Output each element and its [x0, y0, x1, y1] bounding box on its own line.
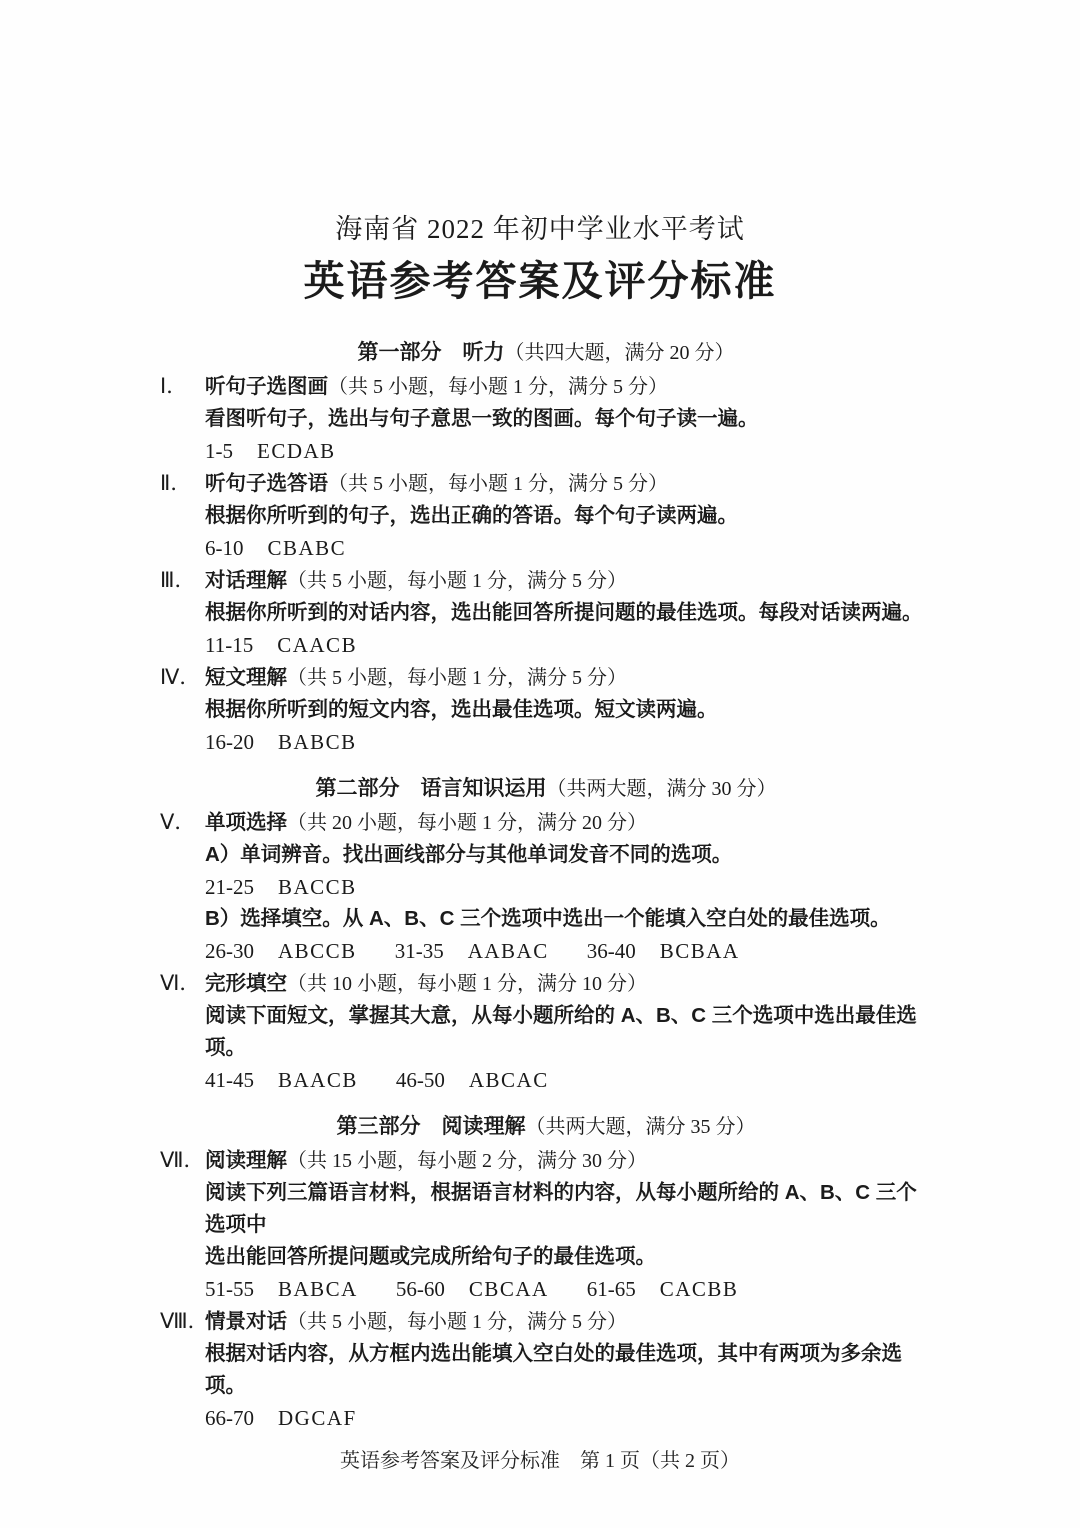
answer-group: 21-25BACCB — [205, 871, 357, 903]
answer-letters: ECDAB — [257, 435, 336, 467]
answer-letters: CACBB — [660, 1273, 739, 1305]
document-body: 第一部分 听力（共四大题，满分 20 分） Ⅰ．听句子选图画（共 5 小题，每小… — [160, 336, 932, 1434]
section-7-instruction-line2: 选出能回答所提问题或完成所给句子的最佳选项。 — [205, 1241, 932, 1273]
answer-letters: BABCB — [278, 726, 357, 758]
part1-header: 第一部分 听力（共四大题，满分 20 分） — [160, 336, 932, 370]
answer-range: 66-70 — [205, 1402, 254, 1434]
part2-header: 第二部分 语言知识运用（共两大题，满分 30 分） — [160, 772, 932, 806]
section-3-score-note: （共 5 小题，每小题 1 分，满分 5 分） — [287, 570, 627, 592]
section-2-answers: 6-10CBABC — [205, 532, 932, 564]
answer-group: 51-55BABCA — [205, 1273, 358, 1305]
document-title: 海南省 2022 年初中学业水平考试 — [0, 210, 1080, 248]
section-6-numeral: Ⅵ． — [160, 967, 205, 999]
section-5-sub-b-instruction: B）选择填空。从 A、B、C 三个选项中选出一个能填入空白处的最佳选项。 — [205, 903, 932, 935]
answer-letters: DGCAF — [278, 1402, 357, 1434]
section-6-score-note: （共 10 小题，每小题 1 分，满分 10 分） — [287, 973, 647, 995]
section-6-title: 完形填空 — [205, 972, 287, 995]
section-2-heading: Ⅱ．听句子选答语（共 5 小题，每小题 1 分，满分 5 分） — [160, 467, 932, 500]
part2-score-note: （共两大题，满分 30 分） — [547, 778, 777, 800]
section-5-sub-b-answers: 26-30ABCCB 31-35AABAC 36-40BCBAA — [205, 935, 932, 967]
section-8-numeral: Ⅷ． — [160, 1305, 205, 1337]
answer-range: 6-10 — [205, 532, 244, 564]
section-7-numeral: Ⅶ． — [160, 1144, 205, 1176]
section-3-heading: Ⅲ．对话理解（共 5 小题，每小题 1 分，满分 5 分） — [160, 564, 932, 597]
section-2-title: 听句子选答语 — [205, 472, 328, 495]
answer-range: 56-60 — [396, 1273, 445, 1305]
answer-group: 56-60CBCAA — [396, 1273, 549, 1305]
answer-group: 66-70DGCAF — [205, 1402, 357, 1434]
answer-range: 21-25 — [205, 871, 254, 903]
answer-range: 31-35 — [395, 935, 444, 967]
section-5-heading: Ⅴ．单项选择（共 20 小题，每小题 1 分，满分 20 分） — [160, 806, 932, 839]
part1-title: 第一部分 听力 — [358, 341, 505, 364]
section-1-heading: Ⅰ．听句子选图画（共 5 小题，每小题 1 分，满分 5 分） — [160, 370, 932, 403]
exam-answer-page: 海南省 2022 年初中学业水平考试 英语参考答案及评分标准 第一部分 听力（共… — [0, 0, 1080, 1528]
answer-range: 41-45 — [205, 1064, 254, 1096]
answer-range: 46-50 — [396, 1064, 445, 1096]
section-4-score-note: （共 5 小题，每小题 1 分，满分 5 分） — [287, 667, 627, 689]
answer-range: 61-65 — [587, 1273, 636, 1305]
section-6-answers: 41-45BAACB 46-50ABCAC — [205, 1064, 932, 1096]
part3-header: 第三部分 阅读理解（共两大题，满分 35 分） — [160, 1110, 932, 1144]
answer-group: 61-65CACBB — [587, 1273, 739, 1305]
answer-letters: CAACB — [277, 629, 357, 661]
answer-letters: BACCB — [278, 871, 357, 903]
section-8-answers: 66-70DGCAF — [205, 1402, 932, 1434]
section-5-sub-a-answers: 21-25BACCB — [205, 871, 932, 903]
section-3-instruction: 根据你所听到的对话内容，选出能回答所提问题的最佳选项。每段对话读两遍。 — [205, 597, 932, 629]
section-7-answers: 51-55BABCA 56-60CBCAA 61-65CACBB — [205, 1273, 932, 1305]
answer-letters: BAACB — [278, 1064, 358, 1096]
section-4-instruction: 根据你所听到的短文内容，选出最佳选项。短文读两遍。 — [205, 694, 932, 726]
answer-range: 26-30 — [205, 935, 254, 967]
section-8-title: 情景对话 — [205, 1310, 287, 1333]
section-6-heading: Ⅵ．完形填空（共 10 小题，每小题 1 分，满分 10 分） — [160, 967, 932, 1000]
section-2-numeral: Ⅱ． — [160, 467, 205, 499]
answer-range: 36-40 — [587, 935, 636, 967]
section-1-title: 听句子选图画 — [205, 375, 328, 398]
answer-letters: BABCA — [278, 1273, 358, 1305]
answer-letters: ABCCB — [278, 935, 357, 967]
answer-range: 1-5 — [205, 435, 233, 467]
section-3-numeral: Ⅲ． — [160, 564, 205, 596]
answer-letters: CBCAA — [469, 1273, 549, 1305]
answer-group: 16-20BABCB — [205, 726, 357, 758]
section-5-score-note: （共 20 小题，每小题 1 分，满分 20 分） — [287, 812, 647, 834]
section-6-instruction: 阅读下面短文，掌握其大意，从每小题所给的 A、B、C 三个选项中选出最佳选项。 — [205, 1000, 932, 1064]
section-7-score-note: （共 15 小题，每小题 2 分，满分 30 分） — [287, 1150, 647, 1172]
section-4-numeral: Ⅳ． — [160, 661, 205, 693]
section-4-heading: Ⅳ．短文理解（共 5 小题，每小题 1 分，满分 5 分） — [160, 661, 932, 694]
document-subtitle: 英语参考答案及评分标准 — [0, 252, 1080, 310]
part3-title: 第三部分 阅读理解 — [337, 1115, 526, 1138]
section-8-heading: Ⅷ．情景对话（共 5 小题，每小题 1 分，满分 5 分） — [160, 1305, 932, 1338]
answer-letters: BCBAA — [660, 935, 740, 967]
section-7-instruction-line1: 阅读下列三篇语言材料，根据语言材料的内容，从每小题所给的 A、B、C 三个选项中 — [205, 1177, 932, 1241]
section-1-score-note: （共 5 小题，每小题 1 分，满分 5 分） — [328, 376, 668, 398]
answer-letters: ABCAC — [469, 1064, 549, 1096]
answer-group: 26-30ABCCB — [205, 935, 357, 967]
section-1-answers: 1-5ECDAB — [205, 435, 932, 467]
section-7-title: 阅读理解 — [205, 1149, 287, 1172]
section-2-instruction: 根据你所听到的句子，选出正确的答语。每个句子读两遍。 — [205, 500, 932, 532]
section-4-title: 短文理解 — [205, 666, 287, 689]
section-2-score-note: （共 5 小题，每小题 1 分，满分 5 分） — [328, 473, 668, 495]
answer-letters: AABAC — [468, 935, 549, 967]
answer-group: 41-45BAACB — [205, 1064, 358, 1096]
section-5-title: 单项选择 — [205, 811, 287, 834]
part2-title: 第二部分 语言知识运用 — [316, 777, 547, 800]
answer-group: 1-5ECDAB — [205, 435, 336, 467]
page-footer: 英语参考答案及评分标准 第 1 页（共 2 页） — [0, 1446, 1080, 1476]
section-3-answers: 11-15CAACB — [205, 629, 932, 661]
section-3-title: 对话理解 — [205, 569, 287, 592]
answer-group: 31-35AABAC — [395, 935, 549, 967]
section-8-score-note: （共 5 小题，每小题 1 分，满分 5 分） — [287, 1311, 627, 1333]
answer-range: 51-55 — [205, 1273, 254, 1305]
answer-range: 11-15 — [205, 629, 253, 661]
part1-score-note: （共四大题，满分 20 分） — [505, 342, 735, 364]
section-7-heading: Ⅶ．阅读理解（共 15 小题，每小题 2 分，满分 30 分） — [160, 1144, 932, 1177]
section-5-numeral: Ⅴ． — [160, 806, 205, 838]
section-1-instruction: 看图听句子，选出与句子意思一致的图画。每个句子读一遍。 — [205, 403, 932, 435]
answer-group: 6-10CBABC — [205, 532, 346, 564]
part3-score-note: （共两大题，满分 35 分） — [526, 1116, 756, 1138]
section-1-numeral: Ⅰ． — [160, 370, 205, 402]
answer-group: 46-50ABCAC — [396, 1064, 549, 1096]
answer-group: 11-15CAACB — [205, 629, 357, 661]
answer-group: 36-40BCBAA — [587, 935, 740, 967]
section-4-answers: 16-20BABCB — [205, 726, 932, 758]
answer-letters: CBABC — [268, 532, 347, 564]
section-5-sub-a-instruction: A）单词辨音。找出画线部分与其他单词发音不同的选项。 — [205, 839, 932, 871]
section-8-instruction: 根据对话内容，从方框内选出能填入空白处的最佳选项，其中有两项为多余选项。 — [205, 1338, 932, 1402]
answer-range: 16-20 — [205, 726, 254, 758]
